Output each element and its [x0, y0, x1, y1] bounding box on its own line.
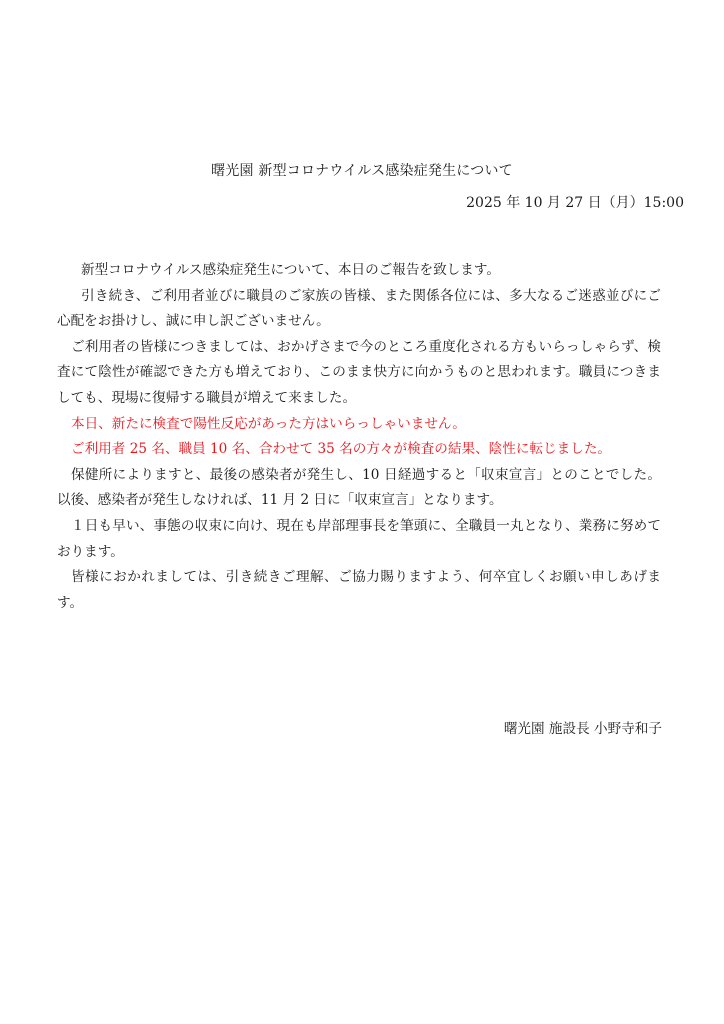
paragraph-report-intro: 新型コロナウイルス感染症発生について、本日のご報告を致します。: [57, 258, 661, 284]
paragraph-staff-effort: １日も早い、事態の収束に向け、現在も岸部理事長を筆頭に、全職員一丸となり、業務に…: [57, 514, 661, 565]
paragraph-no-new-positive: 本日、新たに検査で陽性反応があった方はいらっしゃいません。: [57, 412, 661, 438]
paragraph-apology: 引き続き、ご利用者並びに職員のご家族の皆様、また関係各位には、多大なるご迷惑並び…: [57, 284, 661, 335]
paragraph-users-status: ご利用者の皆様につきましては、おかげさまで今のところ重度化される方もいらっしゃら…: [57, 335, 661, 412]
document-title: 曙光園 新型コロナウイルス感染症発生について: [0, 162, 724, 180]
document-date: 2025 年 10 月 27 日（月）15:00: [466, 194, 684, 212]
document-body: 新型コロナウイルス感染症発生について、本日のご報告を致します。 引き続き、ご利用…: [57, 258, 661, 616]
document-page: 曙光園 新型コロナウイルス感染症発生について 2025 年 10 月 27 日（…: [0, 0, 724, 1024]
paragraph-negative-count: ご利用者 25 名、職員 10 名、合わせて 35 名の方々が検査の結果、陰性に…: [57, 437, 661, 463]
signature: 曙光園 施設長 小野寺和子: [504, 720, 662, 738]
paragraph-closing-request: 皆様におかれましては、引き続きご理解、ご協力賜りますよう、何卒宜しくお願い申しあ…: [57, 565, 661, 616]
paragraph-health-center: 保健所によりますと、最後の感染者が発生し、10 日経過すると「収束宣言」とのこと…: [57, 463, 661, 514]
